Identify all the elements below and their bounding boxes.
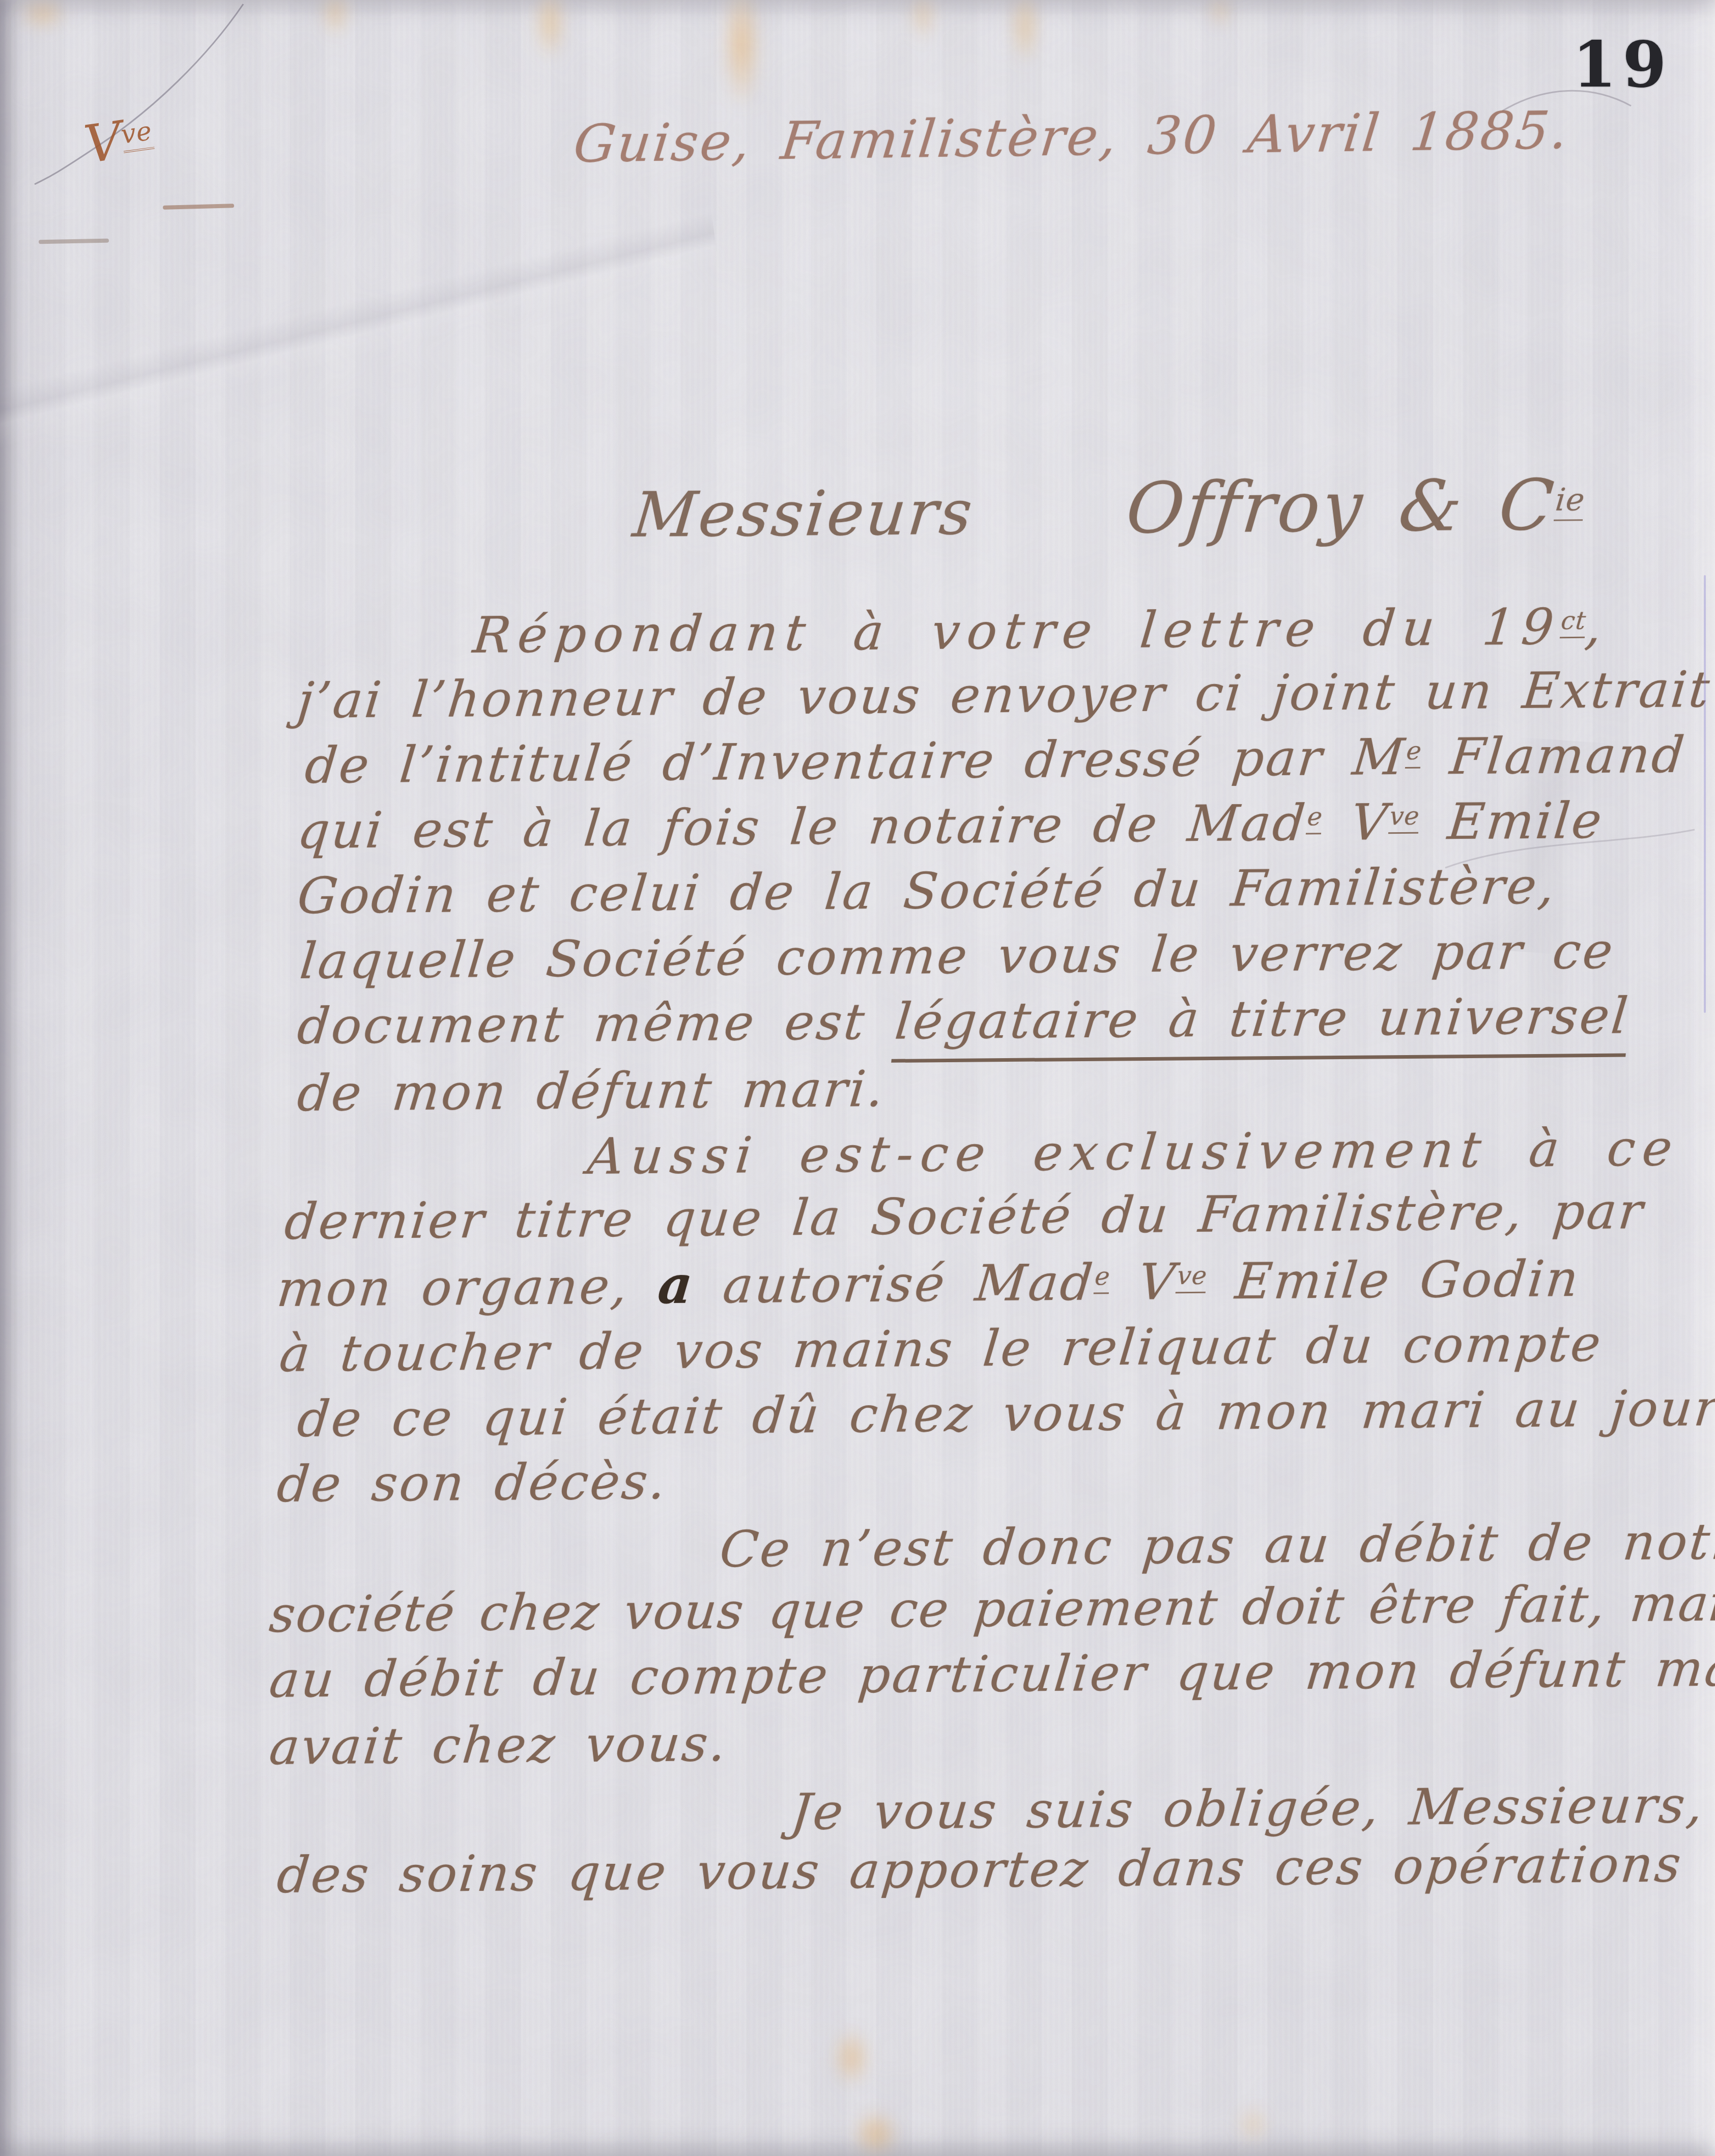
superscript: ie	[1554, 482, 1587, 522]
text-segment: qui est à la fois le notaire de Mad	[295, 794, 1309, 860]
margin-annotation-vve: Vve	[81, 110, 157, 172]
text-segment: dernier titre que la Société du Familist…	[282, 1182, 1647, 1251]
text-segment: autorisé Mad	[692, 1254, 1097, 1315]
letter-line: Je vous suis obligée, Messieurs,	[789, 1780, 1707, 1837]
scanned-letter-page: 19 Vve Guise, Familistère, 30 Avril 1885…	[0, 0, 1715, 2156]
letter-line: société chez vous que ce paiement doit ê…	[267, 1578, 1715, 1640]
text-segment: Flamand	[1418, 726, 1689, 786]
text-segment: légataire à titre universel	[891, 987, 1632, 1062]
text-segment: j’ai l’honneur de vous envoyer ci joint …	[295, 661, 1713, 730]
letter-line: mon organe, a autorisé Made Vve Emile Go…	[275, 1252, 1583, 1315]
text-segment: Godin et celui de la Société du Familist…	[295, 858, 1559, 926]
text-segment: laquelle Société comme vous le verrez pa…	[297, 922, 1617, 990]
letter-line: qui est à la fois le notaire de Made Vve…	[295, 796, 1606, 856]
letter-line: Répondant à votre lettre du 19ct,	[471, 602, 1611, 661]
superscript: ve	[119, 116, 154, 153]
page-number-stamp: 19	[1573, 34, 1673, 97]
letter-line: Godin et celui de la Société du Familist…	[295, 862, 1559, 922]
text-segment: document même est	[295, 993, 898, 1056]
letter-line: laquelle Société comme vous le verrez pa…	[298, 926, 1617, 986]
text-segment: V	[1319, 793, 1392, 852]
text-segment: de l’intitulé d’Inventaire dressé par M	[302, 728, 1409, 795]
letter-line: à toucher de vos mains le reliquat du co…	[277, 1319, 1605, 1379]
text-segment: mon organe,	[274, 1257, 661, 1318]
letter-line: de son décès.	[275, 1457, 670, 1510]
text-segment: Je vous suis obligée, Messieurs,	[788, 1776, 1707, 1841]
letter-line: au débit du compte particulier que mon d…	[267, 1643, 1715, 1705]
letter-line: des soins que vous apportez dans ces opé…	[275, 1839, 1685, 1900]
text-segment: Aussi est-ce exclusivement à ce	[585, 1119, 1681, 1186]
superscript: ve	[1176, 1261, 1209, 1293]
text-segment: avait chez vous.	[267, 1715, 730, 1776]
text-segment: société chez vous que ce paiement doit ê…	[267, 1574, 1715, 1644]
text-segment: V	[1107, 1253, 1180, 1312]
letter-salutation: MessieursOffroy & Cie	[630, 470, 1588, 548]
text-segment: Emile	[1416, 792, 1606, 852]
text-segment: Offroy & C	[1123, 464, 1559, 550]
letter-line: j’ai l’honneur de vous envoyer ci joint …	[295, 665, 1713, 726]
letter-line: document même est légataire à titre univ…	[295, 991, 1632, 1052]
text-segment: Ce n’est donc pas au débit de notre	[717, 1513, 1715, 1579]
text-segment: Répondant à votre lettre du 19	[470, 598, 1563, 665]
paper-edge-line	[1704, 575, 1706, 1013]
text-segment: à toucher de vos mains le reliquat du co…	[277, 1315, 1605, 1384]
letter-line: de l’intitulé d’Inventaire dressé par Me…	[303, 730, 1688, 791]
text-segment: de ce qui était dû chez vous à mon mari …	[295, 1379, 1715, 1449]
text-segment: de son décès.	[274, 1453, 670, 1514]
letter-line: Aussi est-ce exclusivement à ce	[585, 1123, 1681, 1182]
superscript: ve	[1388, 801, 1421, 834]
text-segment: Messieurs	[630, 476, 978, 551]
letter-dateline: Guise, Familistère, 30 Avril 1885.	[571, 105, 1572, 171]
letter-line: dernier titre que la Société du Familist…	[282, 1186, 1647, 1247]
letter-line: de ce qui était dû chez vous à mon mari …	[295, 1383, 1715, 1444]
text-segment: a	[655, 1254, 697, 1316]
letter-line: avait chez vous.	[267, 1719, 730, 1772]
letter-line: Ce n’est donc pas au débit de notre	[718, 1517, 1715, 1575]
text-segment: Emile Godin	[1204, 1250, 1583, 1311]
text-segment: de mon défunt mari.	[295, 1060, 888, 1123]
text-segment: au débit du compte particulier que mon d…	[267, 1639, 1715, 1709]
superscript: ct	[1559, 606, 1587, 638]
letter-line: de mon défunt mari.	[295, 1064, 888, 1119]
text-segment: des soins que vous apportez dans ces opé…	[274, 1835, 1685, 1905]
